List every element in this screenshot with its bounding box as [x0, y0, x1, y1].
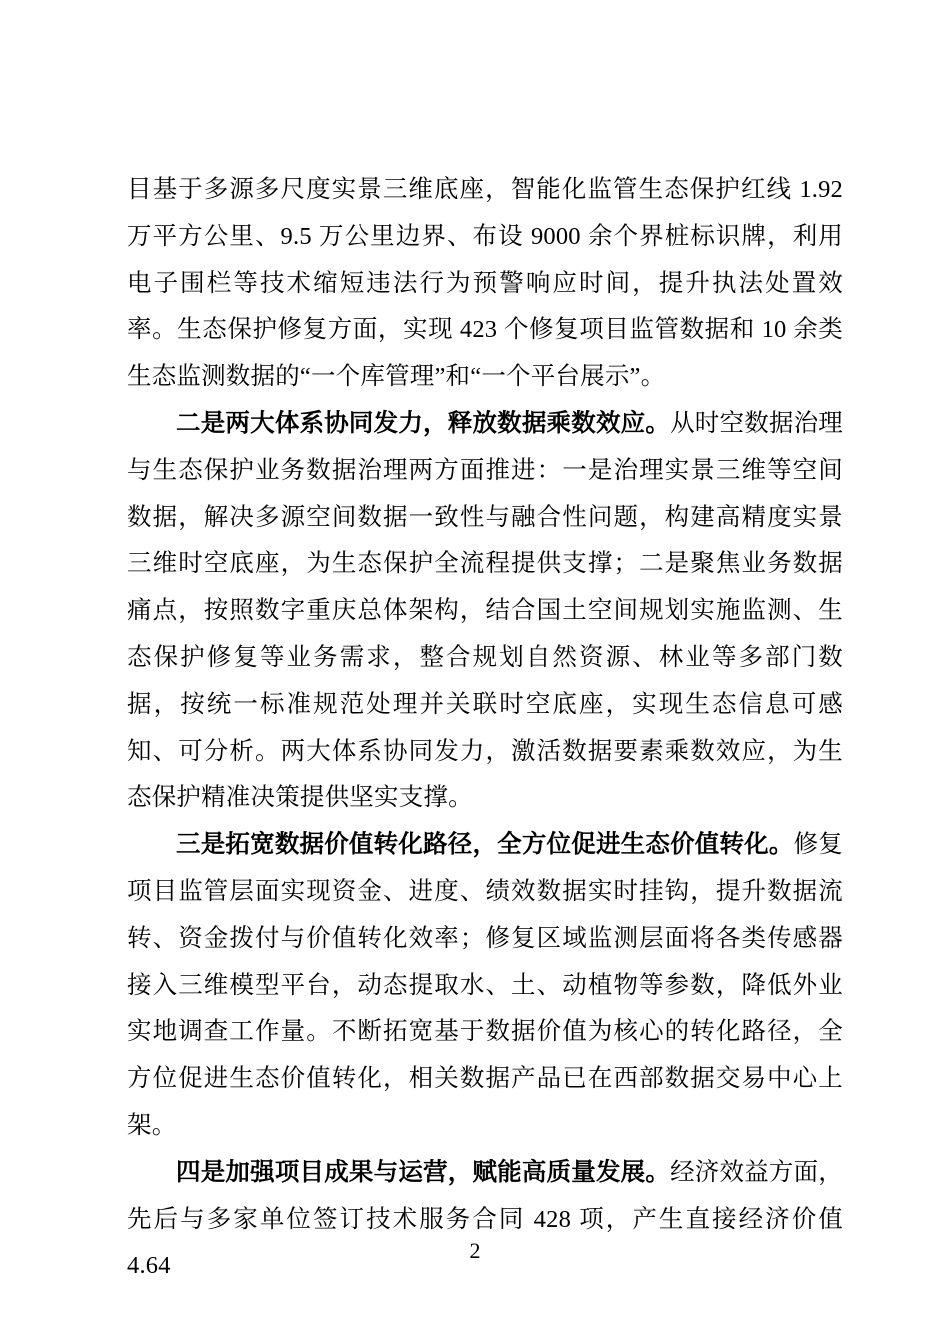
paragraph-3-text: 修复项目监管层面实现资金、进度、绩效数据实时挂钩，提升数据流转、资金拨付与价值转… — [127, 831, 843, 1139]
paragraph-4-lead: 四是加强项目成果与运营，赋能高质量发展。 — [176, 1159, 670, 1186]
paragraph-2-lead: 二是两大体系协同发力，释放数据乘数效应。 — [176, 410, 670, 437]
page-number: 2 — [0, 1236, 950, 1266]
paragraph-4: 四是加强项目成果与运营，赋能高质量发展。经济效益方面，先后与多家单位签订技术服务… — [127, 1150, 843, 1290]
paragraph-3: 三是拓宽数据价值转化路径，全方位促进生态价值转化。修复项目监管层面实现资金、进度… — [127, 822, 843, 1150]
paragraph-1-text: 目基于多源多尺度实景三维底座，智能化监管生态保护红线 1.92 万平方公里、9.… — [127, 176, 843, 390]
document-page: 目基于多源多尺度实景三维底座，智能化监管生态保护红线 1.92 万平方公里、9.… — [0, 0, 950, 1344]
paragraph-3-lead: 三是拓宽数据价值转化路径，全方位促进生态价值转化。 — [176, 831, 794, 858]
paragraph-2-text: 从时空数据治理与生态保护业务数据治理两方面推进：一是治理实景三维等空间数据，解决… — [127, 410, 843, 811]
paragraph-1: 目基于多源多尺度实景三维底座，智能化监管生态保护红线 1.92 万平方公里、9.… — [127, 167, 843, 401]
paragraph-2: 二是两大体系协同发力，释放数据乘数效应。从时空数据治理与生态保护业务数据治理两方… — [127, 401, 843, 822]
document-body: 目基于多源多尺度实景三维底座，智能化监管生态保护红线 1.92 万平方公里、9.… — [127, 167, 843, 1290]
